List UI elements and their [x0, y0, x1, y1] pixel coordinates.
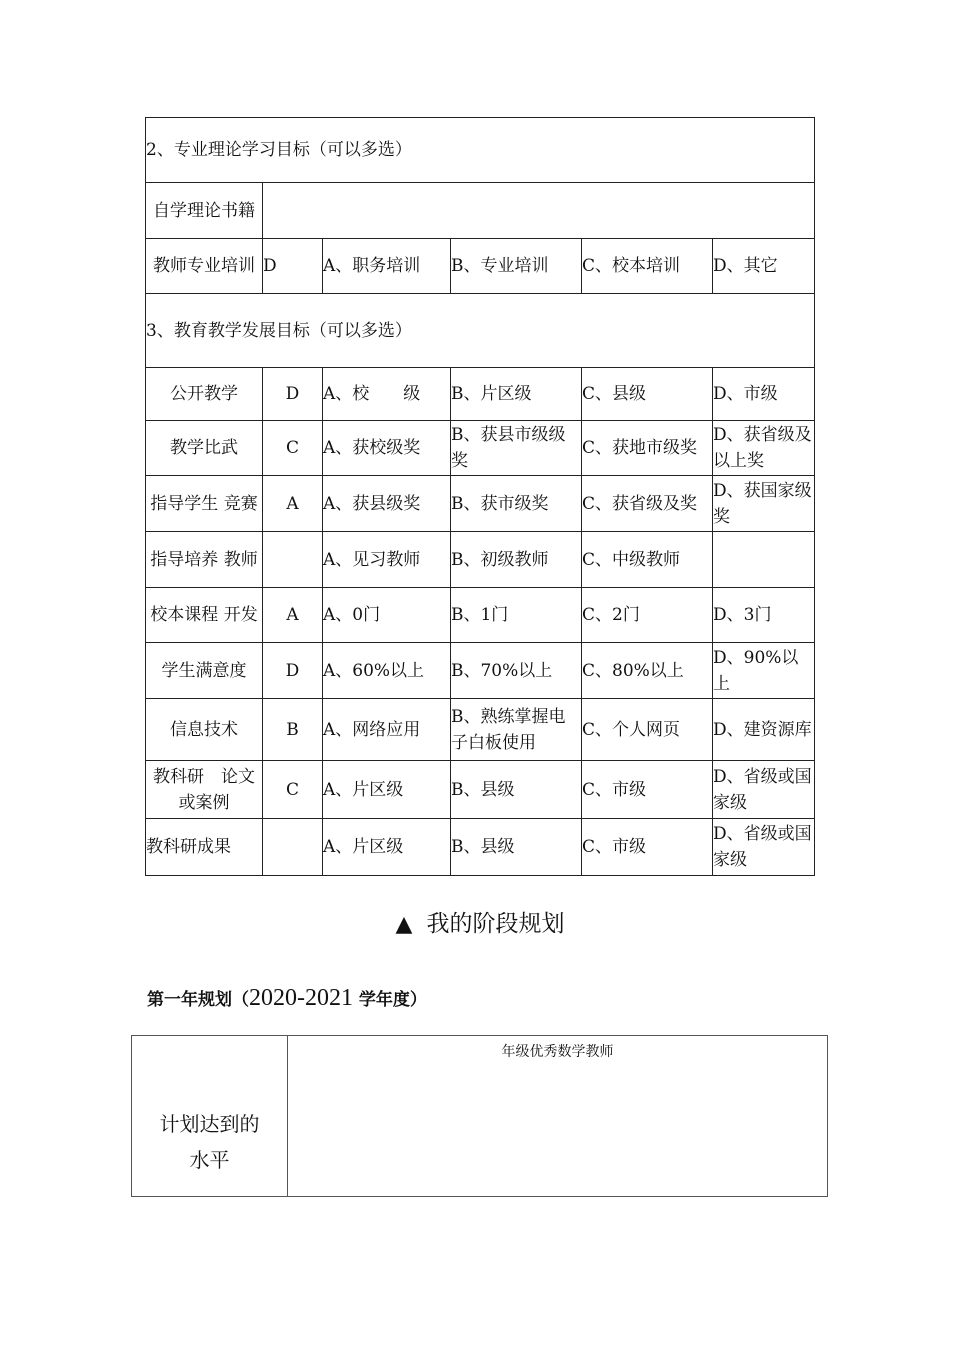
triangle-icon: ▲	[396, 912, 413, 937]
goals-table: 2、专业理论学习目标（可以多选） 自学理论书籍 教师专业培训 D A、职务培训 …	[145, 117, 815, 876]
row-label: 教科研 论文或案例	[146, 761, 263, 819]
stage-heading: ▲我的阶段规划	[0, 905, 960, 938]
option-b: B、县级	[451, 761, 582, 819]
option-b: B、1门	[451, 588, 582, 643]
year-plan-title: 第一年规划（2020-2021 学年度）	[147, 985, 427, 1012]
option-a: A、获校级奖	[323, 421, 451, 476]
option-d: D、建资源库	[713, 699, 815, 761]
row-choice: B	[263, 699, 323, 761]
stage-heading-text: 我的阶段规划	[426, 911, 564, 937]
section-title-theory: 2、专业理论学习目标（可以多选）	[146, 118, 815, 183]
row-choice: A	[263, 476, 323, 532]
option-c: C、80%以上	[582, 643, 713, 699]
table-row: 教学比武 C A、获校级奖 B、获县市级级奖 C、获地市级奖 D、获省级及以上奖	[146, 421, 815, 476]
option-b: B、获县市级级奖	[451, 421, 582, 476]
plan-table: 计划达到的水平 年级优秀数学教师	[131, 1035, 828, 1197]
option-d	[713, 532, 815, 588]
option-b: B、县级	[451, 819, 582, 876]
option-b: B、获市级奖	[451, 476, 582, 532]
section-title-teaching: 3、教育教学发展目标（可以多选）	[146, 294, 815, 368]
table-row: 信息技术 B A、网络应用 B、熟练掌握电子白板使用 C、个人网页 D、建资源库	[146, 699, 815, 761]
row-label: 公开教学	[146, 368, 263, 421]
option-c: C、获省级及奖	[582, 476, 713, 532]
row-choice	[263, 532, 323, 588]
option-b: B、70%以上	[451, 643, 582, 699]
option-a: A、片区级	[323, 761, 451, 819]
option-c: C、个人网页	[582, 699, 713, 761]
table-row: 计划达到的水平 年级优秀数学教师	[132, 1036, 828, 1197]
option-a: A、见习教师	[323, 532, 451, 588]
row-value-empty	[263, 183, 815, 239]
table-row: 教科研成果 A、片区级 B、县级 C、市级 D、省级或国家级	[146, 819, 815, 876]
option-d: D、市级	[713, 368, 815, 421]
table-row: 自学理论书籍	[146, 183, 815, 239]
year-suffix: 学年度）	[353, 990, 427, 1010]
row-label: 指导培养 教师	[146, 532, 263, 588]
table-row: 校本课程 开发 A A、0门 B、1门 C、2门 D、3门	[146, 588, 815, 643]
row-choice: D	[263, 239, 323, 294]
row-label: 学生满意度	[146, 643, 263, 699]
plan-label: 计划达到的水平	[132, 1036, 288, 1197]
row-label: 教科研成果	[146, 819, 263, 876]
table-row: 指导培养 教师 A、见习教师 B、初级教师 C、中级教师	[146, 532, 815, 588]
option-a: A、0门	[323, 588, 451, 643]
option-c: C、获地市级奖	[582, 421, 713, 476]
row-label: 自学理论书籍	[146, 183, 263, 239]
section-header-row: 2、专业理论学习目标（可以多选）	[146, 118, 815, 183]
row-choice: C	[263, 761, 323, 819]
row-label: 教师专业培训	[146, 239, 263, 294]
option-d: D、其它	[713, 239, 815, 294]
option-a: A、校 级	[323, 368, 451, 421]
row-label: 教学比武	[146, 421, 263, 476]
table-row: 学生满意度 D A、60%以上 B、70%以上 C、80%以上 D、90%以上	[146, 643, 815, 699]
row-choice	[263, 819, 323, 876]
option-d: D、省级或国家级	[713, 761, 815, 819]
option-d: D、获国家级奖	[713, 476, 815, 532]
year-prefix: 第一年规划（	[147, 990, 249, 1010]
option-c: C、市级	[582, 819, 713, 876]
option-d: D、3门	[713, 588, 815, 643]
plan-label-text: 计划达到的水平	[160, 1106, 260, 1178]
option-a: A、获县级奖	[323, 476, 451, 532]
option-b: B、专业培训	[451, 239, 582, 294]
row-choice: D	[263, 368, 323, 421]
option-c: C、市级	[582, 761, 713, 819]
row-choice: D	[263, 643, 323, 699]
option-a: A、网络应用	[323, 699, 451, 761]
option-b: B、初级教师	[451, 532, 582, 588]
option-c: C、校本培训	[582, 239, 713, 294]
row-label: 信息技术	[146, 699, 263, 761]
option-d: D、获省级及以上奖	[713, 421, 815, 476]
table-row: 公开教学 D A、校 级 B、片区级 C、县级 D、市级	[146, 368, 815, 421]
table-row: 教师专业培训 D A、职务培训 B、专业培训 C、校本培训 D、其它	[146, 239, 815, 294]
option-a: A、职务培训	[323, 239, 451, 294]
option-d: D、省级或国家级	[713, 819, 815, 876]
option-b: B、熟练掌握电子白板使用	[451, 699, 582, 761]
row-label: 指导学生 竞赛	[146, 476, 263, 532]
option-a: A、60%以上	[323, 643, 451, 699]
option-d: D、90%以上	[713, 643, 815, 699]
option-b: B、片区级	[451, 368, 582, 421]
table-row: 指导学生 竞赛 A A、获县级奖 B、获市级奖 C、获省级及奖 D、获国家级奖	[146, 476, 815, 532]
row-choice: C	[263, 421, 323, 476]
option-c: C、县级	[582, 368, 713, 421]
row-choice: A	[263, 588, 323, 643]
section-header-row: 3、教育教学发展目标（可以多选）	[146, 294, 815, 368]
option-c: C、2门	[582, 588, 713, 643]
plan-value: 年级优秀数学教师	[288, 1036, 828, 1197]
option-c: C、中级教师	[582, 532, 713, 588]
year-range: 2020-2021	[249, 985, 353, 1011]
option-a: A、片区级	[323, 819, 451, 876]
table-row: 教科研 论文或案例 C A、片区级 B、县级 C、市级 D、省级或国家级	[146, 761, 815, 819]
row-label: 校本课程 开发	[146, 588, 263, 643]
